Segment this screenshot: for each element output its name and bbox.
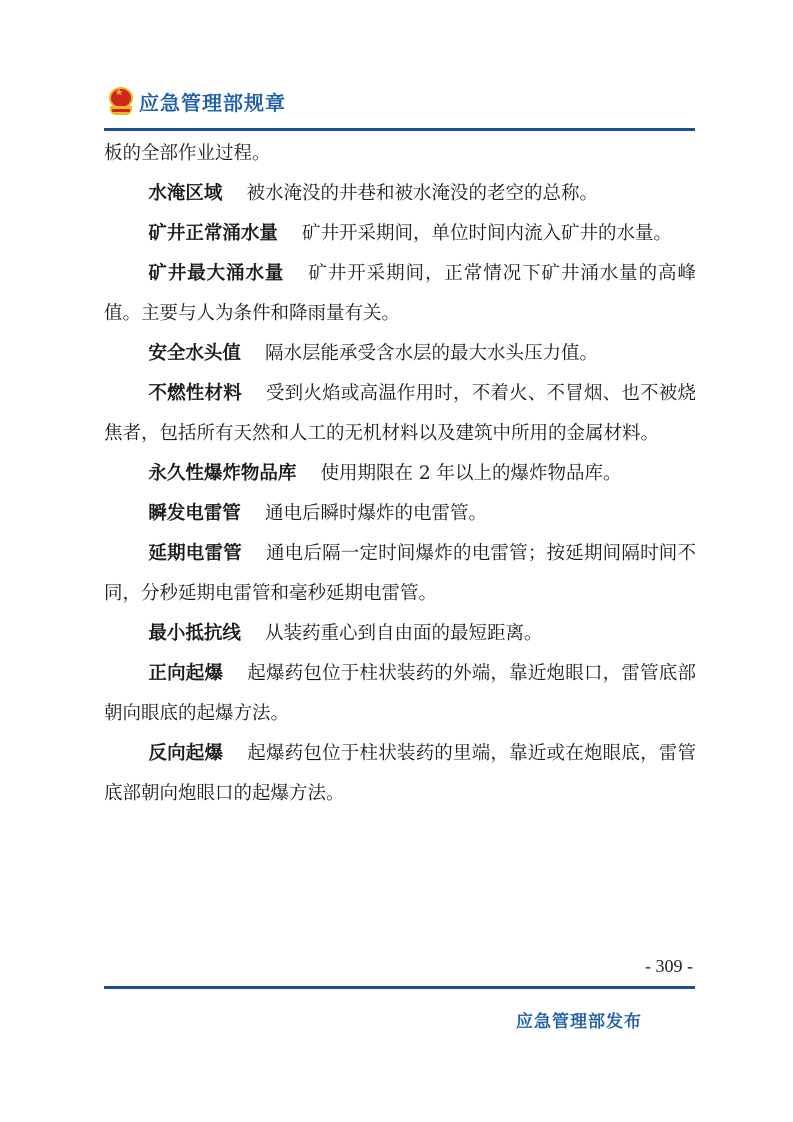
definition-term: 矿井最大涌水量 bbox=[148, 263, 284, 284]
definition-text: 被水淹没的井巷和被水淹没的老空的总称。 bbox=[246, 183, 598, 204]
definition-paragraph: 矿井正常涌水量矿井开采期间，单位时间内流入矿井的水量。 bbox=[104, 214, 696, 254]
definition-term: 最小抵抗线 bbox=[148, 623, 241, 644]
definition-paragraph: 矿井最大涌水量矿井开采期间，正常情况下矿井涌水量的高峰值。主要与人为条件和降雨量… bbox=[104, 254, 696, 334]
definition-text: 水量。 bbox=[616, 223, 672, 244]
continuation-paragraph: 板的全部作业过程。 bbox=[104, 134, 696, 174]
national-emblem-icon: ★ bbox=[107, 86, 135, 116]
definition-paragraph: 瞬发电雷管通电后瞬时爆炸的电雷管。 bbox=[104, 494, 696, 534]
definition-term: 正向起爆 bbox=[148, 663, 223, 684]
definition-text: 通电后瞬时爆炸的电雷管。 bbox=[265, 503, 487, 524]
page-header: ★ 应急管理部规章 bbox=[107, 86, 286, 116]
definition-text: 使用期限在 2 年以上的爆炸物品库。 bbox=[320, 463, 621, 484]
definition-text: 通电后隔一定时间爆炸的电雷管；按延期间 bbox=[266, 543, 621, 564]
definition-term: 安全水头值 bbox=[148, 343, 241, 364]
definition-term: 延期电雷管 bbox=[148, 543, 242, 564]
definition-term: 瞬发电雷管 bbox=[148, 503, 241, 524]
definition-text: 隔水层能承受含水层的最大水头压力值。 bbox=[265, 343, 598, 364]
definition-term: 矿井正常涌水量 bbox=[148, 223, 278, 244]
page-number: - 309 - bbox=[645, 956, 693, 977]
definition-term: 不燃性材料 bbox=[148, 383, 242, 404]
definition-paragraph: 最小抵抗线从装药重心到自由面的最短距离。 bbox=[104, 614, 696, 654]
definition-text: 从装药重心到自由面的最短距离。 bbox=[265, 623, 543, 644]
footer-divider bbox=[104, 986, 695, 989]
definition-paragraph: 延期电雷管通电后隔一定时间爆炸的电雷管；按延期间隔时间不同，分秒延期电雷管和毫秒… bbox=[104, 534, 696, 614]
definition-paragraph: 反向起爆起爆药包位于柱状装药的里端，靠近或在炮眼底，雷管底部朝向炮眼口的起爆方法… bbox=[104, 734, 696, 814]
definition-term: 反向起爆 bbox=[148, 743, 223, 764]
header-title: 应急管理部规章 bbox=[139, 87, 286, 116]
definition-paragraph: 永久性爆炸物品库使用期限在 2 年以上的爆炸物品库。 bbox=[104, 454, 696, 494]
definition-text: 起爆药包位于柱状装药的外端，靠近炮眼口， bbox=[247, 663, 621, 684]
definition-paragraph: 正向起爆起爆药包位于柱状装药的外端，靠近炮眼口，雷管底部朝向眼底的起爆方法。 bbox=[104, 654, 696, 734]
definition-text: 矿井开采期间，单位时间内流入矿井的 bbox=[302, 223, 617, 244]
document-body: 板的全部作业过程。 水淹区域被水淹没的井巷和被水淹没的老空的总称。 矿井正常涌水… bbox=[104, 134, 696, 814]
definition-text: 矿井开采期间，正常情况下矿井涌水量 bbox=[308, 263, 638, 284]
header-divider bbox=[104, 128, 695, 131]
definition-paragraph: 不燃性材料受到火焰或高温作用时，不着火、不冒烟、也不被烧焦者，包括所有天然和人工… bbox=[104, 374, 696, 454]
definition-text: 起爆药包位于柱状装药的里端，靠近或在炮眼 bbox=[247, 743, 621, 764]
definition-term: 水淹区域 bbox=[148, 183, 222, 204]
definition-term: 永久性爆炸物品库 bbox=[148, 463, 296, 484]
definition-paragraph: 水淹区域被水淹没的井巷和被水淹没的老空的总称。 bbox=[104, 174, 696, 214]
definition-text: 的金属材料。 bbox=[548, 423, 659, 444]
footer-publisher: 应急管理部发布 bbox=[516, 1007, 642, 1032]
definition-paragraph: 安全水头值隔水层能承受含水层的最大水头压力值。 bbox=[104, 334, 696, 374]
definition-text: 受到火焰或高温作用时，不着火、不冒烟、 bbox=[266, 383, 621, 404]
